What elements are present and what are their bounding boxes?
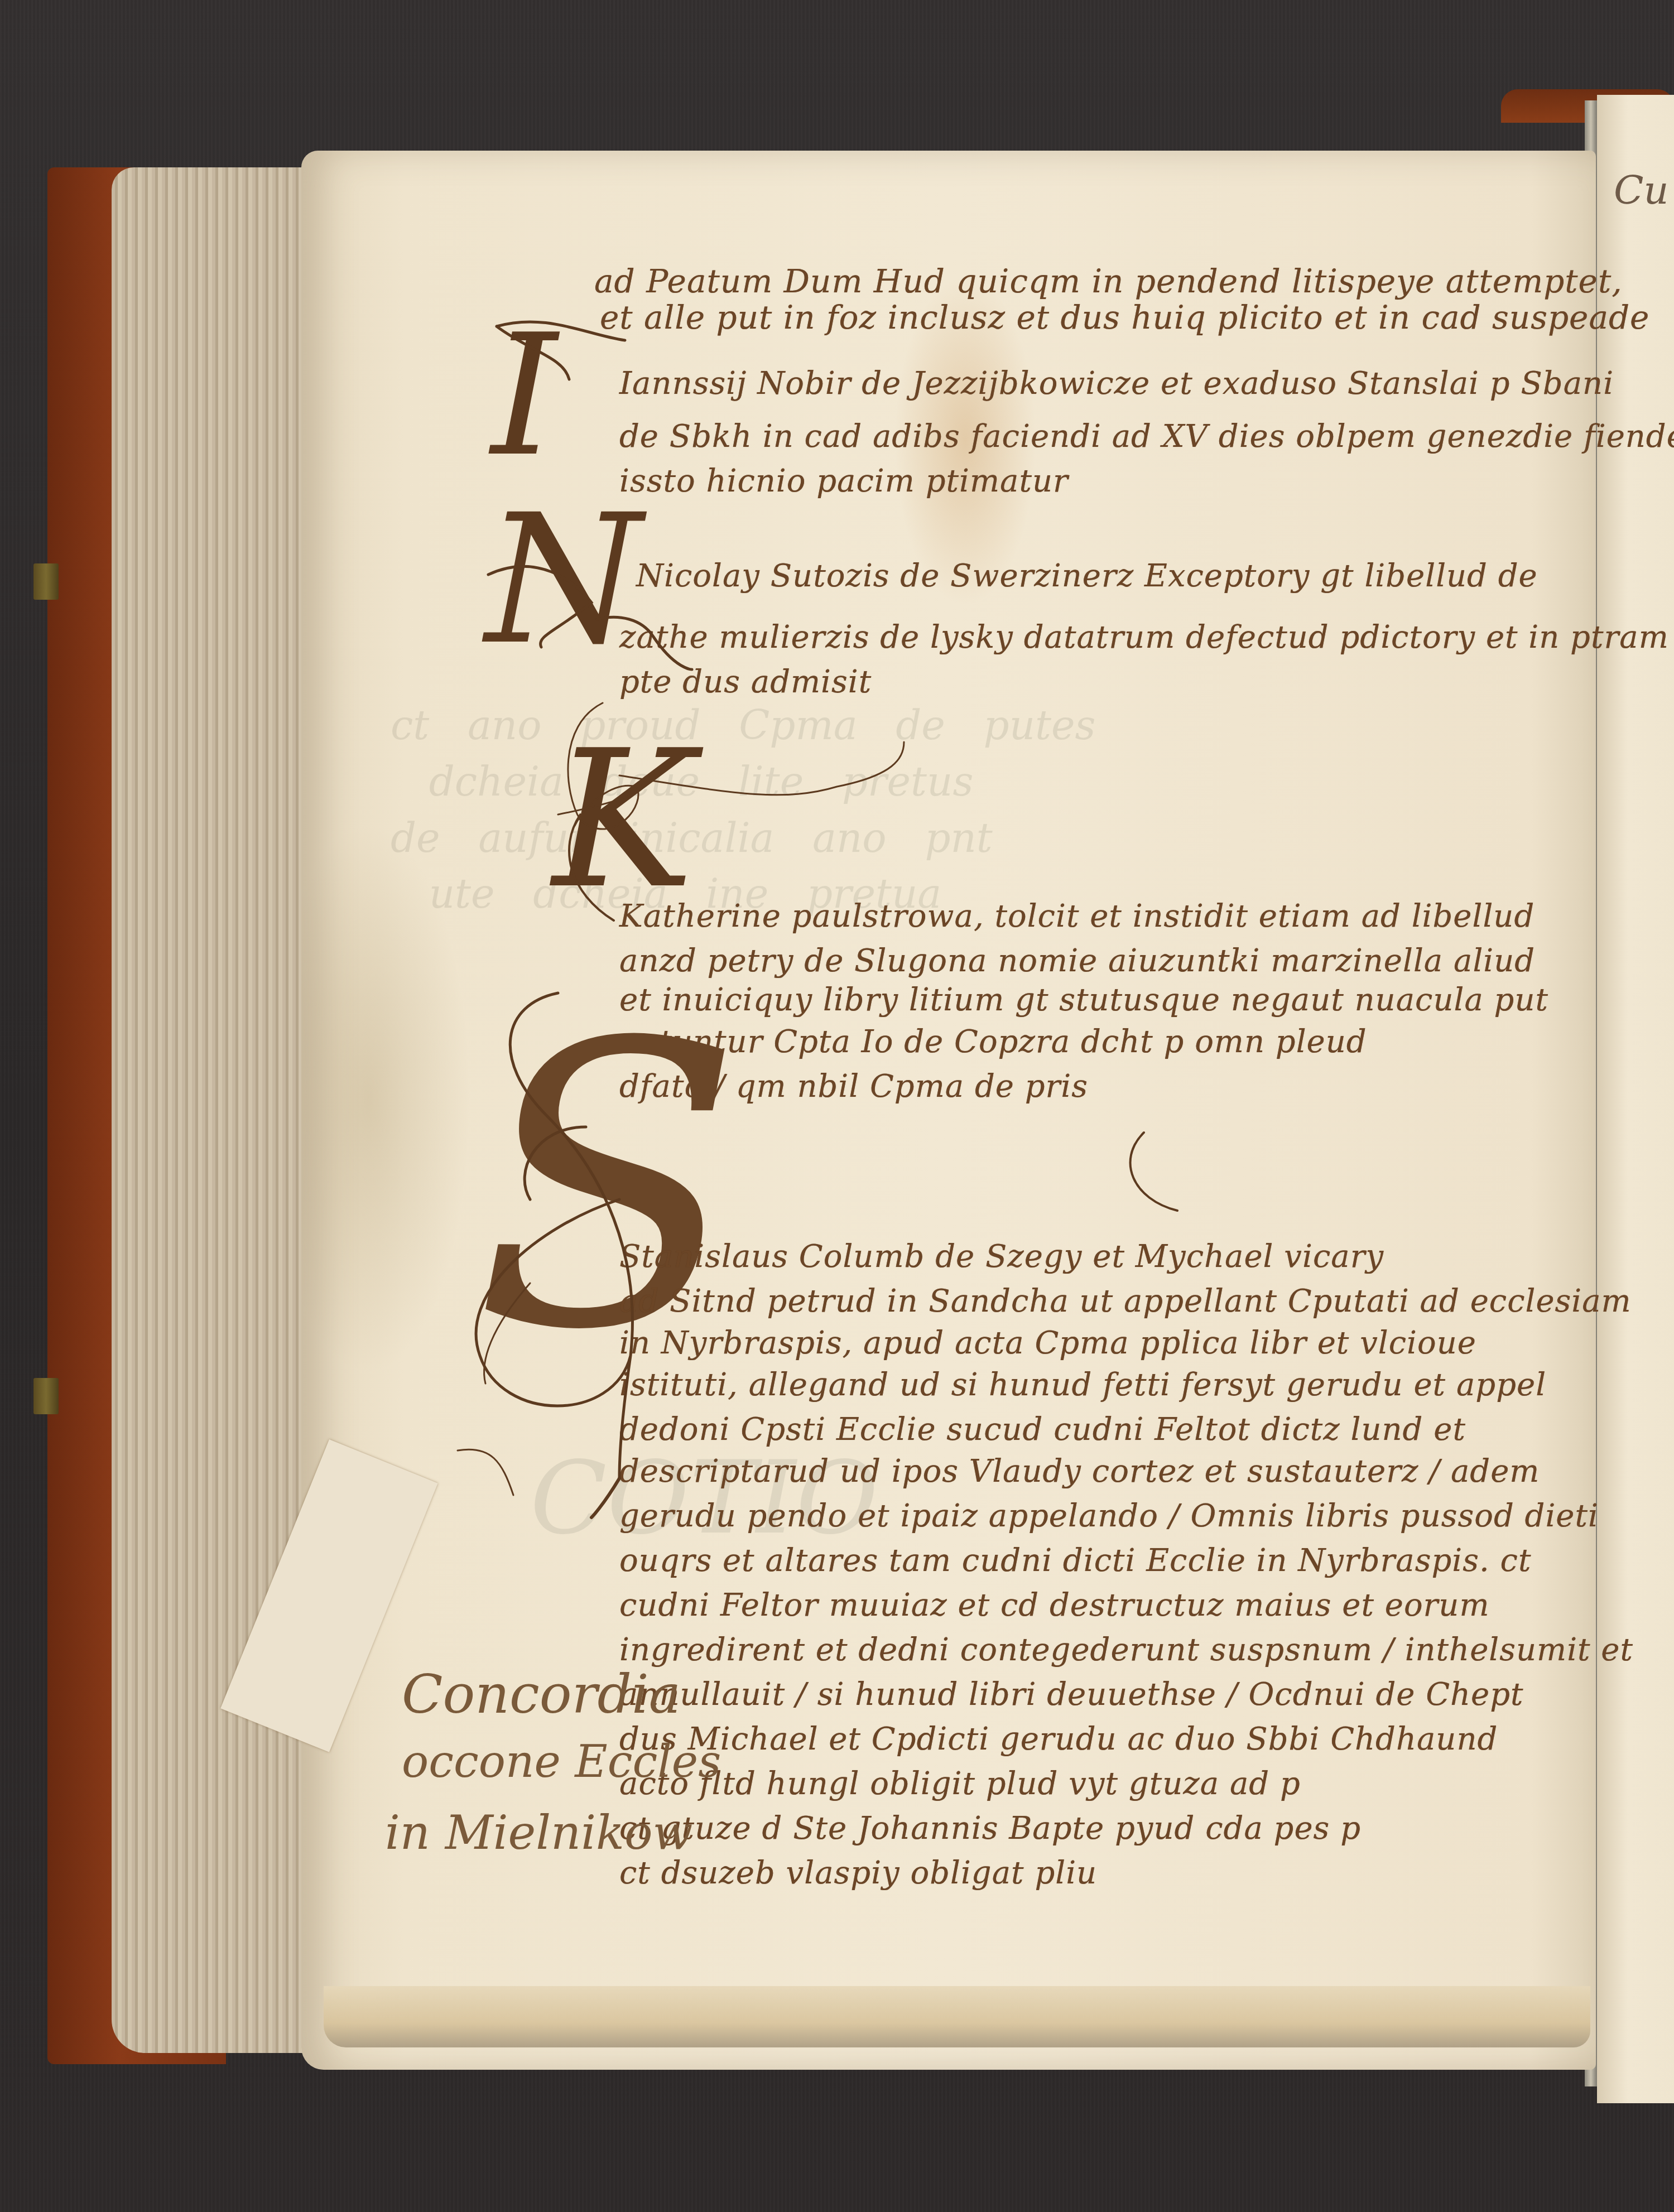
- text-line: dedoni Cpsti Ecclie sucud cudni Feltot d…: [619, 1411, 1466, 1448]
- text-line: ad Peatum Dum Hud quicqm in pendend liti…: [594, 262, 1623, 300]
- text-line: in Nyrbraspis, apud acta Cpma pplica lib…: [619, 1325, 1476, 1361]
- bleed-through: ct ano proud Cpma de putes dcheia dcue l…: [391, 697, 1096, 922]
- text-line: de Sbkh in cad adibs faciendi ad XV dies…: [619, 418, 1674, 455]
- clasp-top: [33, 563, 59, 600]
- initial-letter: K: [552, 725, 694, 915]
- text-line: ouqrs et altares tam cudni dicti Ecclie …: [619, 1543, 1531, 1579]
- text-line: Katherine paulstrowa, tolcit et instidit…: [619, 898, 1535, 934]
- initial-letter: I: [491, 312, 557, 480]
- text-line: Stanislaus Columb de Szegy et Mychael vi…: [619, 1238, 1384, 1275]
- text-line: descriptarud ud ipos Vlaudy cortez et su…: [619, 1453, 1540, 1490]
- text-line: ct gtuze d Ste Johannis Bapte pyud cda p…: [619, 1810, 1361, 1847]
- text-line: cudni Feltor muuiaz et cd destructuz mai…: [619, 1587, 1490, 1623]
- text-line: et inuiciquy libry litium gt stutusque n…: [619, 982, 1548, 1018]
- page-bottom-edge: [324, 1986, 1590, 2047]
- text-line: annullauit / si hunud libri deuuethse / …: [619, 1676, 1524, 1713]
- text-line: ad Sitnd petrud in Sandcha ut appellant …: [619, 1283, 1632, 1319]
- text-line: dus Michael et Cpdicti gerudu ac duo Sbb…: [619, 1721, 1498, 1757]
- text-line: istituti, allegand ud si hunud fetti fer…: [619, 1367, 1546, 1403]
- margin-note-line: in Mielnikow: [385, 1805, 692, 1861]
- text-line: pte dus admisit: [619, 664, 872, 700]
- text-line: issto hicnio pacim ptimatur: [619, 463, 1069, 499]
- text-line: Nicolay Sutozis de Swerzinerz Exceptory …: [636, 558, 1538, 594]
- facing-page-fragment: Cu: [1614, 167, 1669, 213]
- text-line: ingredirent et dedni contegederunt susps…: [619, 1632, 1633, 1668]
- text-line: gerudu pendo et ipaiz appelando / Omnis …: [619, 1498, 1599, 1534]
- text-line: Iannssij Nobir de Jezzijbkowicze et exad…: [619, 365, 1614, 402]
- margin-note-line: occone Eccles: [402, 1735, 721, 1789]
- text-line: anzd petry de Slugona nomie aiuzuntki ma…: [619, 943, 1535, 979]
- text-line: acto fltd hungl obligit plud vyt gtuza a…: [619, 1766, 1301, 1802]
- margin-note-line: Concordia: [402, 1662, 681, 1727]
- text-line: et alle put in foz inclusz et dus huiq p…: [600, 298, 1649, 336]
- text-line: zathe mulierzis de lysky datatrum defect…: [619, 619, 1669, 656]
- clasp-bottom: [33, 1378, 59, 1414]
- initial-letter: N: [485, 491, 642, 669]
